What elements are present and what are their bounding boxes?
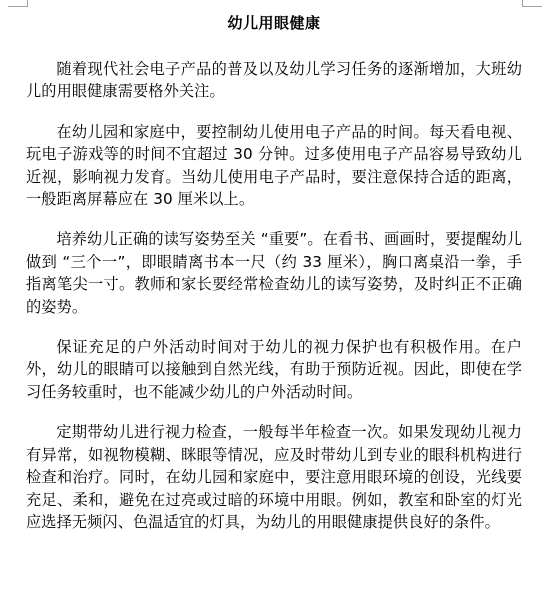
paragraph-intro: 随着现代社会电子产品的普及以及幼儿学习任务的逐渐增加，大班幼儿的用眼健康需要格外… xyxy=(26,58,522,103)
paragraph-outdoor: 保证充足的户外活动时间对于幼儿的视力保护也有积极作用。在户外，幼儿的眼睛可以接触… xyxy=(26,336,522,403)
paragraph-screen-time: 在幼儿园和家庭中，要控制幼儿使用电子产品的时间。每天看电视、玩电子游戏等的时间不… xyxy=(26,121,522,211)
document-page: 幼儿用眼健康 随着现代社会电子产品的普及以及幼儿学习任务的逐渐增加，大班幼儿的用… xyxy=(26,0,522,533)
paragraph-checkup: 定期带幼儿进行视力检查，一般每半年检查一次。如果发现幼儿视力有异常，如视物模糊、… xyxy=(26,421,522,533)
document-title: 幼儿用眼健康 xyxy=(26,0,522,34)
paragraph-posture: 培养幼儿正确的读写姿势至关 “重要”。在看书、画画时，要提醒幼儿做到 “三个一”… xyxy=(26,228,522,318)
crop-mark-top-right xyxy=(522,0,542,7)
crop-mark-top-left xyxy=(8,0,28,7)
